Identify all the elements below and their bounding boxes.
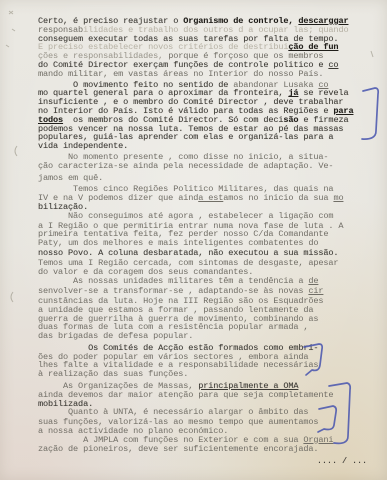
document-line: mando militar, em vastas áreas no Interi… [38,70,379,79]
text-segment: do valor e da coragem dos seus comandant… [38,267,253,277]
document-line: vida independente. [38,142,379,151]
document-line: nosso Povo. A coluna desbaratada, não ex… [38,249,379,258]
document-line: IV e na V podemos dizer que ainda estamo… [38,194,379,203]
text-segment: cir [308,286,323,296]
document-line: Paty, um dos melhores e mais inteligente… [38,239,379,248]
text-segment: mo [333,193,343,203]
document-line: .... / ... [38,457,379,466]
text-segment: nosso Povo. A coluna desbaratada, não ex… [38,248,338,258]
text-segment: zação de pioneiros, deve ser suficientem… [38,444,318,454]
document-line: do valor e da coragem dos seus comandant… [38,268,379,277]
document-line: ção caracteriza-se ainda pela necessidad… [38,162,379,171]
text-segment: co [328,60,338,70]
document-body: Certo, é preciso reajustar o Organismo d… [38,17,379,466]
text-segment: amos no inicio da sua [223,193,333,203]
document-line: Quanto à UNTA, é necessário alargar o âm… [38,408,379,417]
text-segment: a est [198,193,223,203]
text-segment: jamos em quê. [38,173,103,183]
document-line: à realização das suas funções. [38,370,379,379]
pencil-mark-left-paren-2 [11,292,13,302]
text-segment: das brigadas de defesa popular. [38,331,193,341]
pencil-speck-1 [9,11,13,14]
text-segment: .... / ... [317,456,367,466]
document-line: As nossas unidades militares têm a tendê… [38,277,379,286]
text-segment: As nossas unidades militares têm a tendê… [38,276,308,286]
document-line: Não conseguimos até agora , estabelecer … [38,212,379,221]
pencil-speck-3 [6,45,9,47]
pencil-mark-left-paren-1 [15,146,17,156]
text-segment: ção caracteriza-se ainda pela necessidad… [38,161,333,171]
text-segment: Paty, um dos melhores e mais inteligente… [38,238,318,248]
text-segment: Não conseguimos até agora , estabelecer … [38,211,333,221]
document-line: jamos em quê. [38,174,379,183]
text-segment: mando militar, em vastas áreas no Interi… [38,69,323,79]
text-segment: vida independente. [38,141,128,151]
document-line: senvolver-se a transformar-se , adaptand… [38,287,379,296]
pencil-speck-2 [12,29,15,31]
text-segment: Quanto à UNTA, é necessário alargar o âm… [38,407,308,417]
text-segment: de [308,276,318,286]
document-page: Certo, é preciso reajustar o Organismo d… [0,0,387,480]
document-line: das brigadas de defesa popular. [38,332,379,341]
text-segment: à realização das suas funções. [38,369,188,379]
document-line: zação de pioneiros, deve ser suficientem… [38,445,379,454]
text-segment: senvolver-se a transformar-se , adaptand… [38,286,308,296]
